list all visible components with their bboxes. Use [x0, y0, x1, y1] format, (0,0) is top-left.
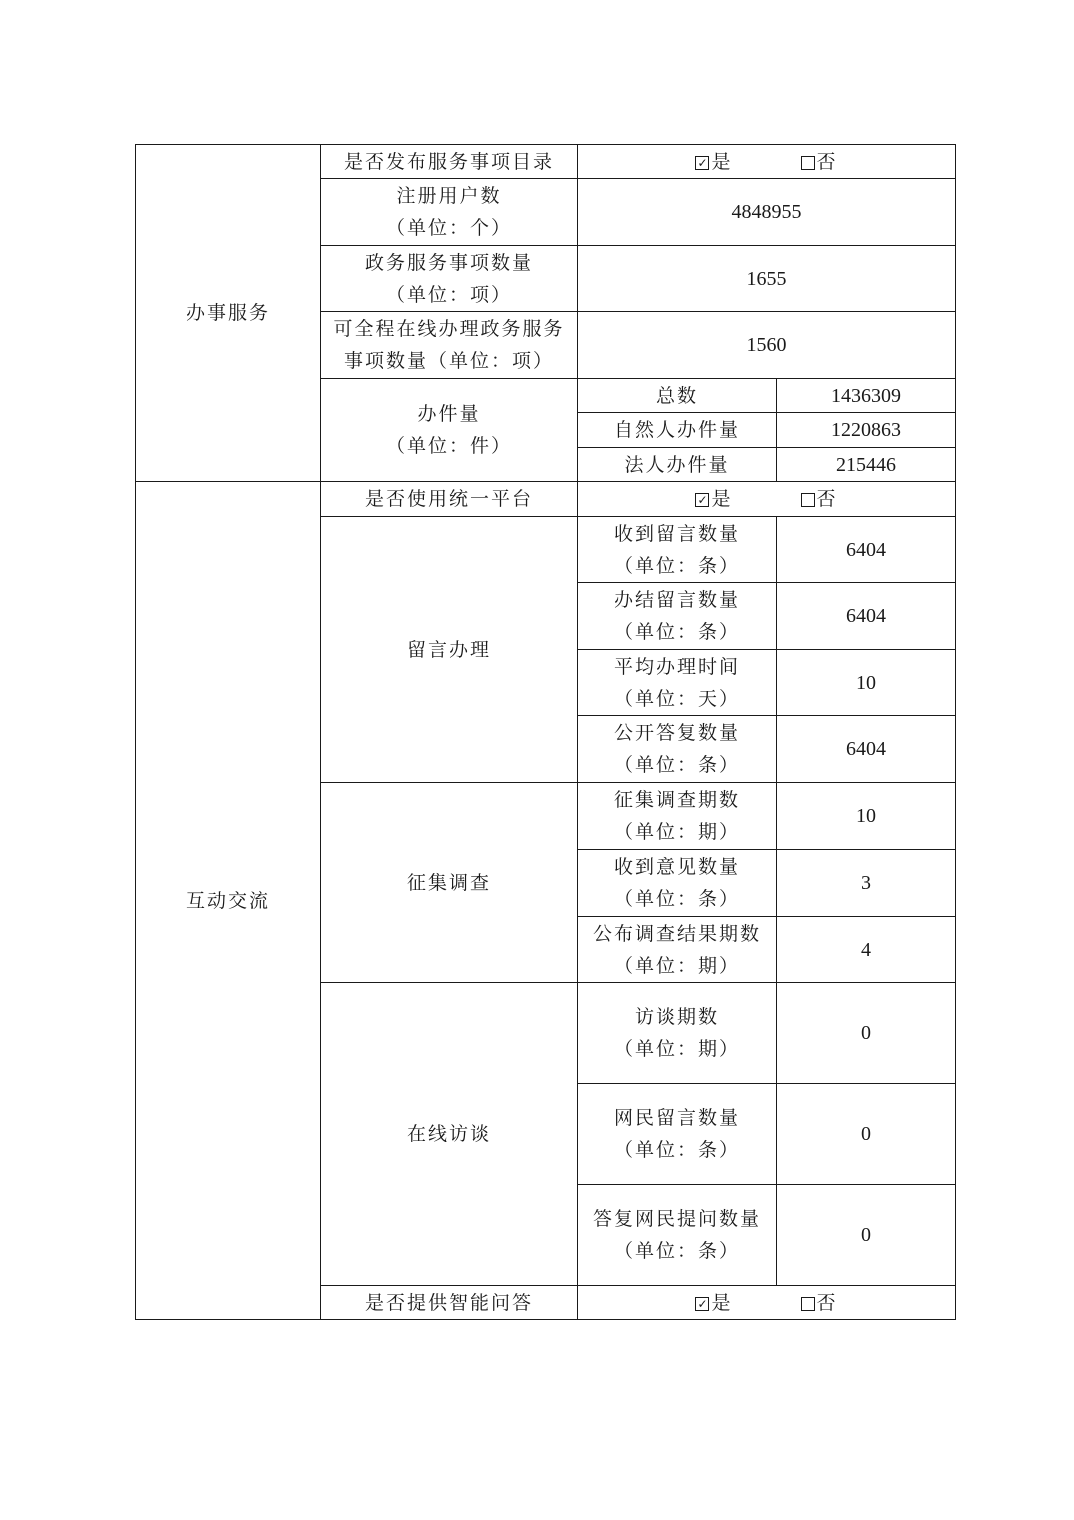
sub-label-opinions-received: 收到意见数量 （单位：条） [577, 849, 777, 917]
row-label-registered-users: 注册用户数 （单位：个） [320, 178, 578, 246]
sub-label-received-messages: 收到留言数量 （单位：条） [577, 516, 777, 583]
value-opinions-received: 3 [776, 849, 956, 917]
sub-label-netizen-messages: 网民留言数量 （单位：条） [577, 1083, 777, 1185]
checkbox-checked-icon[interactable]: ✓ [695, 1297, 709, 1311]
sub-label-natural-person: 自然人办件量 [577, 412, 777, 448]
value-legal-person: 215446 [776, 447, 956, 482]
checkbox-group-unified-platform: ✓是 否 [577, 481, 956, 517]
value-total: 1436309 [776, 378, 956, 413]
value-closed-messages: 6404 [776, 582, 956, 650]
value-online-items: 1560 [577, 311, 956, 379]
value-received-messages: 6404 [776, 516, 956, 583]
value-answered-questions: 0 [776, 1184, 956, 1286]
value-netizen-messages: 0 [776, 1083, 956, 1185]
row-label-case-volume: 办件量 （单位：件） [320, 378, 578, 482]
sub-label-survey-periods: 征集调查期数 （单位：期） [577, 782, 777, 850]
checkbox-group-smart-qa: ✓是 否 [577, 1285, 956, 1320]
row-label-publish-catalog: 是否发布服务事项目录 [320, 144, 578, 179]
section-title: 办事服务 [186, 297, 270, 329]
no-option[interactable]: 否 [801, 483, 838, 515]
section-label-service: 办事服务 [135, 144, 321, 482]
sub-label-total: 总数 [577, 378, 777, 413]
row-label-survey: 征集调查 [320, 782, 578, 983]
yes-option[interactable]: ✓是 [695, 146, 732, 178]
value-public-replies: 6404 [776, 715, 956, 783]
no-option[interactable]: 否 [801, 1287, 838, 1319]
row-label-unified-platform: 是否使用统一平台 [320, 481, 578, 517]
row-label-message-handling: 留言办理 [320, 516, 578, 783]
row-label-smart-qa: 是否提供智能问答 [320, 1285, 578, 1320]
value-natural-person: 1220863 [776, 412, 956, 448]
section-label-interaction: 互动交流 [135, 481, 321, 1320]
checkbox-unchecked-icon[interactable] [801, 156, 815, 170]
no-option[interactable]: 否 [801, 146, 838, 178]
checkbox-unchecked-icon[interactable] [801, 493, 815, 507]
section-title: 互动交流 [186, 885, 270, 917]
row-label-online-interview: 在线访谈 [320, 982, 578, 1286]
value-results-published: 4 [776, 916, 956, 983]
checkbox-checked-icon[interactable]: ✓ [695, 156, 709, 170]
yes-option[interactable]: ✓是 [695, 1287, 732, 1319]
value-interview-periods: 0 [776, 982, 956, 1084]
checkbox-unchecked-icon[interactable] [801, 1297, 815, 1311]
yes-option[interactable]: ✓是 [695, 483, 732, 515]
sub-label-interview-periods: 访谈期数 （单位：期） [577, 982, 777, 1084]
sub-label-closed-messages: 办结留言数量 （单位：条） [577, 582, 777, 650]
sub-label-results-published: 公布调查结果期数 （单位：期） [577, 916, 777, 983]
value-registered-users: 4848955 [577, 178, 956, 246]
value-service-items: 1655 [577, 245, 956, 312]
row-label-online-items: 可全程在线办理政务服务 事项数量（单位：项） [320, 311, 578, 379]
row-label-service-items: 政务服务事项数量 （单位：项） [320, 245, 578, 312]
checkbox-checked-icon[interactable]: ✓ [695, 493, 709, 507]
value-avg-time: 10 [776, 649, 956, 716]
sub-label-avg-time: 平均办理时间 （单位：天） [577, 649, 777, 716]
sub-label-legal-person: 法人办件量 [577, 447, 777, 482]
sub-label-answered-questions: 答复网民提问数量 （单位：条） [577, 1184, 777, 1286]
checkbox-group-publish-catalog: ✓是 否 [577, 144, 956, 179]
value-survey-periods: 10 [776, 782, 956, 850]
sub-label-public-replies: 公开答复数量 （单位：条） [577, 715, 777, 783]
